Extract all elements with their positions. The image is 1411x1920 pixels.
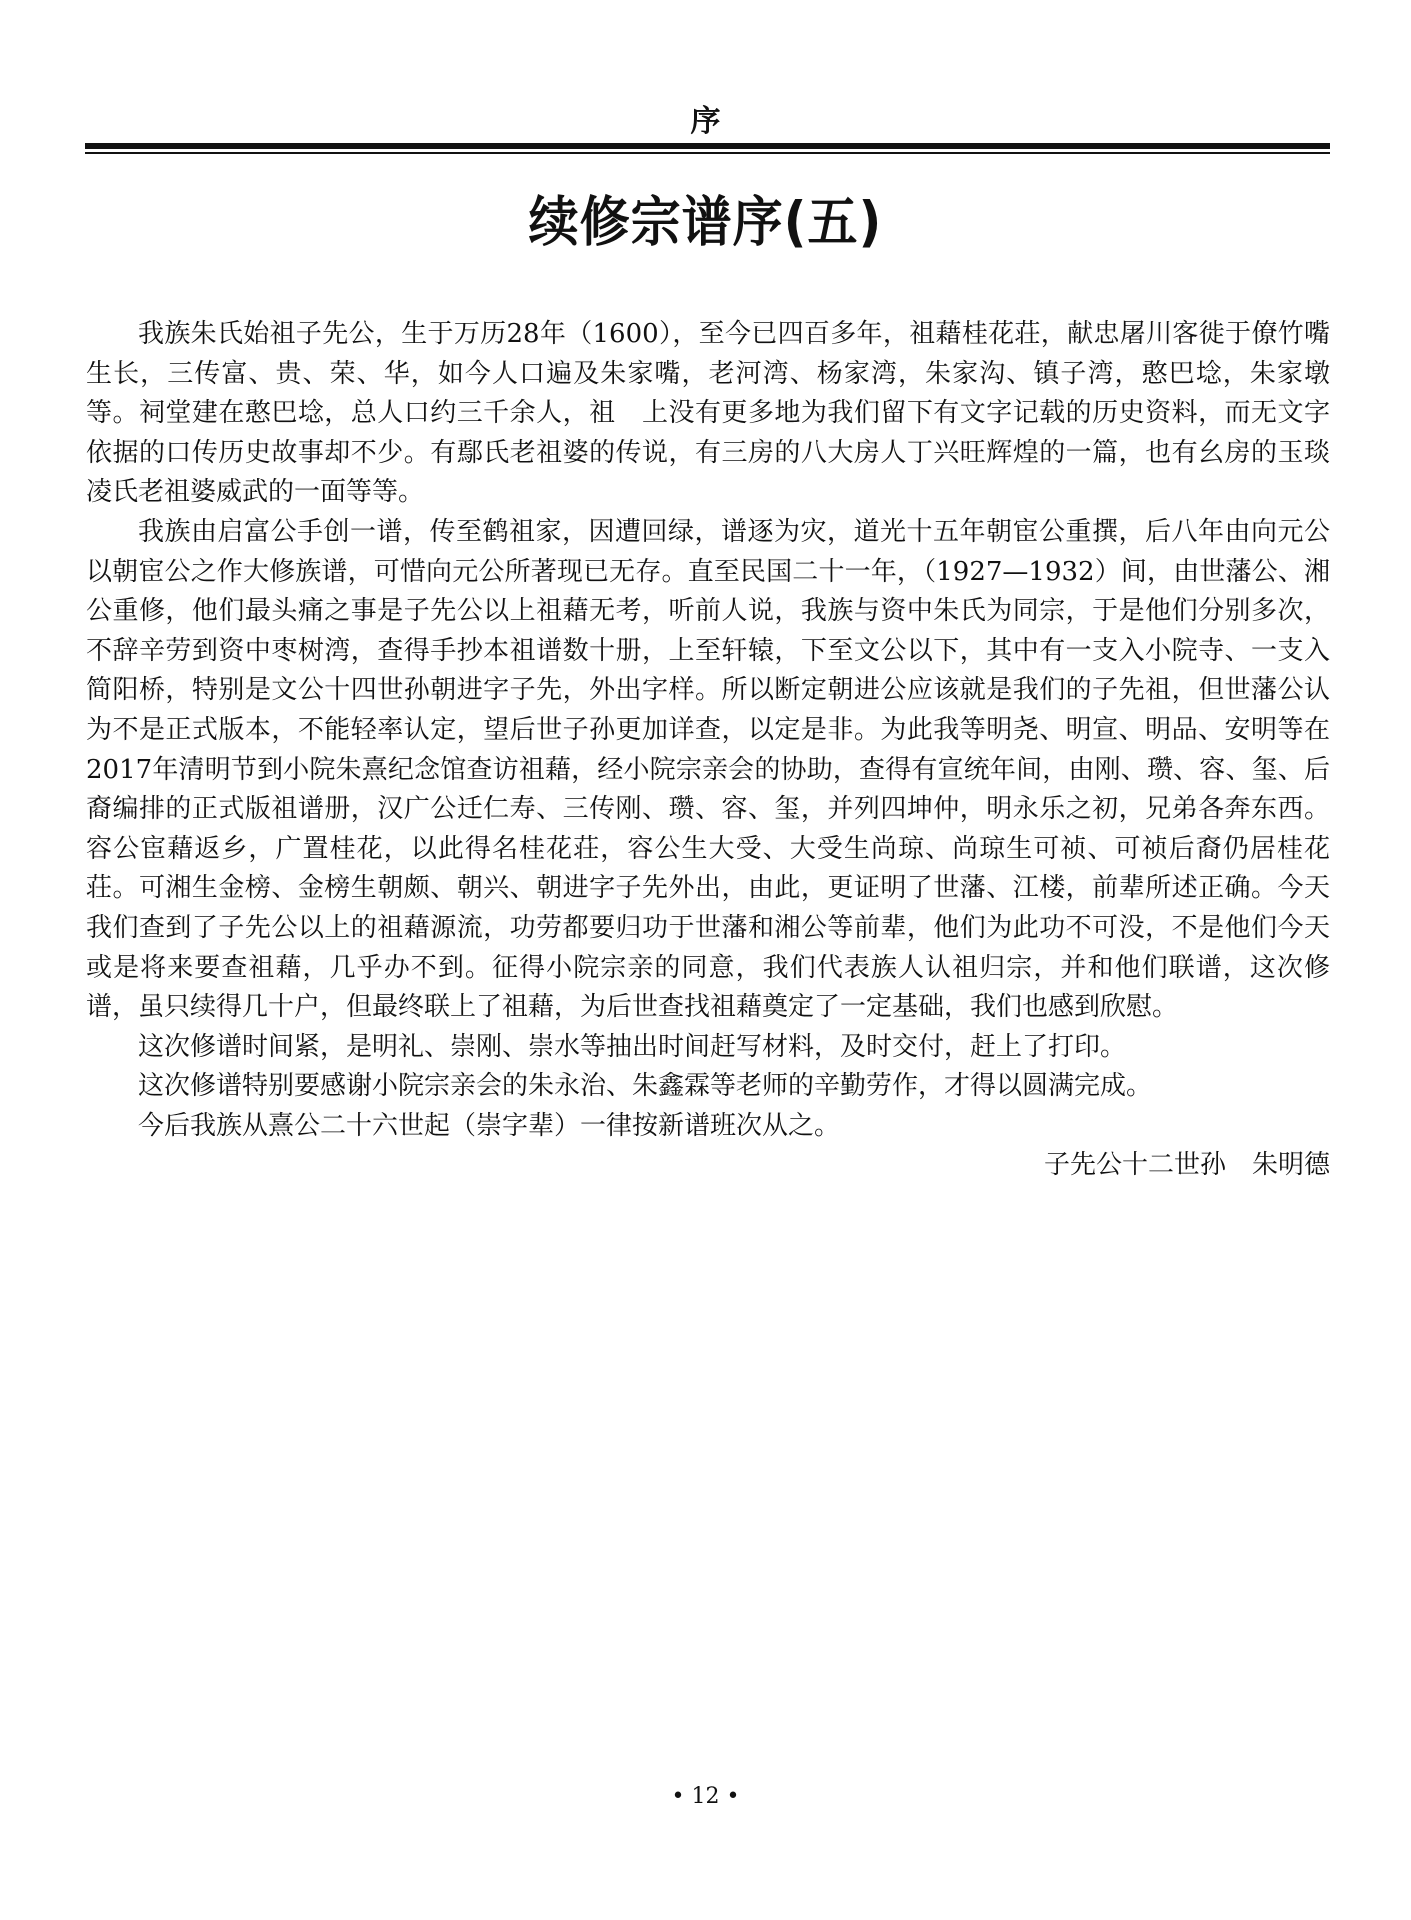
page-number: • 12 •	[0, 1783, 1411, 1811]
header-rule-thin	[85, 152, 1330, 154]
paragraph-3: 这次修谱时间紧，是明礼、崇刚、崇水等抽出时间赶写材料，及时交付，赶上了打印。	[86, 1028, 1330, 1068]
signature-author: 朱明德	[1252, 1150, 1330, 1180]
paragraph-5: 今后我族从熹公二十六世起（崇字辈）一律按新谱班次从之。	[86, 1107, 1330, 1147]
signature-lineage: 子先公十二世孙	[1044, 1150, 1226, 1180]
running-head: 序	[0, 104, 1411, 140]
article-title: 续修宗谱序(五)	[0, 187, 1411, 256]
article-body: 我族朱氏始祖子先公，生于万历28年（1600），至今已四百多年，祖藉桂花荘，献忠…	[86, 315, 1330, 1186]
paragraph-2: 我族由启富公手创一谱，传至鹤祖家，因遭回绿，谱逐为灾，道光十五年朝宦公重撰，后八…	[86, 513, 1330, 1028]
paragraph-1: 我族朱氏始祖子先公，生于万历28年（1600），至今已四百多年，祖藉桂花荘，献忠…	[86, 315, 1330, 513]
header-rule-thick	[85, 143, 1330, 149]
paragraph-4: 这次修谱特别要感谢小院宗亲会的朱永治、朱鑫霖等老师的辛勤劳作，才得以圆满完成。	[86, 1067, 1330, 1107]
signature: 子先公十二世孙朱明德	[86, 1146, 1330, 1186]
